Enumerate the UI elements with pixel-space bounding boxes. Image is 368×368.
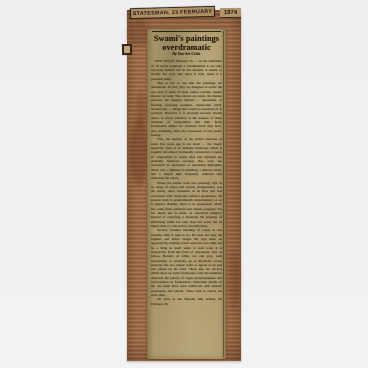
newspaper-clipping: Swami's paintings overdramatic By Our Ar…: [147, 29, 226, 359]
top-rule: [152, 31, 221, 32]
year-text: 1974: [224, 9, 237, 15]
headline: Swami's paintings overdramatic: [151, 34, 222, 52]
article-paragraph: First, the number of the earlier canvase…: [151, 137, 222, 180]
article-paragraph: Where the earlier work was generally lyr…: [151, 181, 222, 229]
article-paragraph: This is not to say that the paintings ar…: [151, 81, 222, 137]
water-stain: [228, 250, 240, 310]
byline: By Our Art Critic: [151, 52, 222, 57]
water-stain: [136, 92, 146, 126]
article-closing: On view at the Dhoomi Mal Gallery till F…: [151, 297, 222, 306]
article-body: NEW DELHI, February 25. — In his exhibit…: [151, 59, 222, 306]
fastener-tab: [122, 44, 132, 55]
masthead-text: STATESMAN, 23 FEBRUARY: [133, 8, 213, 16]
article-paragraph: NEW DELHI, February 25. — In his exhibit…: [151, 59, 222, 81]
masthead-year: 1974: [220, 8, 241, 18]
headline-line1: Swami's paintings: [151, 34, 222, 43]
article-paragraph: Second, Swami's handling of colour is le…: [151, 228, 222, 297]
water-stain: [130, 118, 148, 186]
